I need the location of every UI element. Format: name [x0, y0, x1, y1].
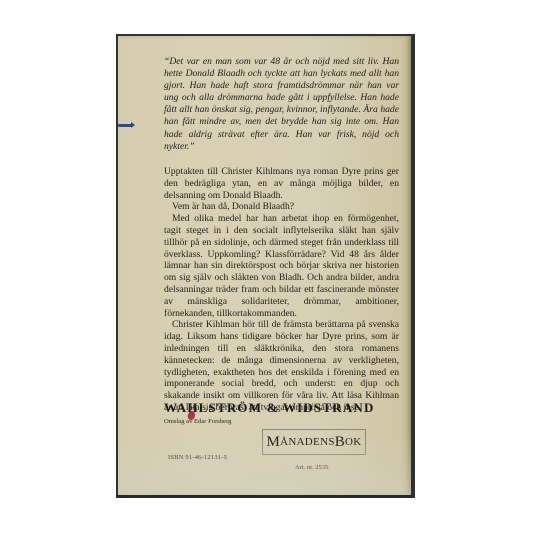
logo-initial-m: M [266, 434, 280, 451]
logo-initial-b: B [335, 434, 345, 451]
publisher-name: WAHLSTRÖM & WIDSTRAND [164, 400, 375, 416]
logo-text-ok: OK [345, 436, 362, 448]
article-number: Art. nr. 2535. [295, 464, 330, 471]
blue-arrow-mark [118, 124, 132, 127]
cover-credit: Omslag av Edar Forsberg [164, 418, 231, 425]
opening-quote: “Det var en man som var 48 år och nöjd m… [164, 56, 399, 153]
isbn: ISBN 91-46-12131-5 [168, 454, 227, 461]
blurb-paragraph: Upptakten till Christer Kihlmans nya rom… [164, 166, 399, 201]
blurb: Upptakten till Christer Kihlmans nya rom… [164, 166, 399, 414]
blurb-paragraph: Vem är han då, Donald Blaadh? [164, 201, 399, 213]
book-club-logo: MÅNADENSBOK [262, 429, 366, 455]
logo-text-anadens: ÅNADENS [280, 436, 335, 448]
book-back-cover: “Det var en man som var 48 år och nöjd m… [116, 34, 415, 498]
blurb-paragraph: Med olika medel har han arbetat ihop en … [164, 213, 399, 319]
